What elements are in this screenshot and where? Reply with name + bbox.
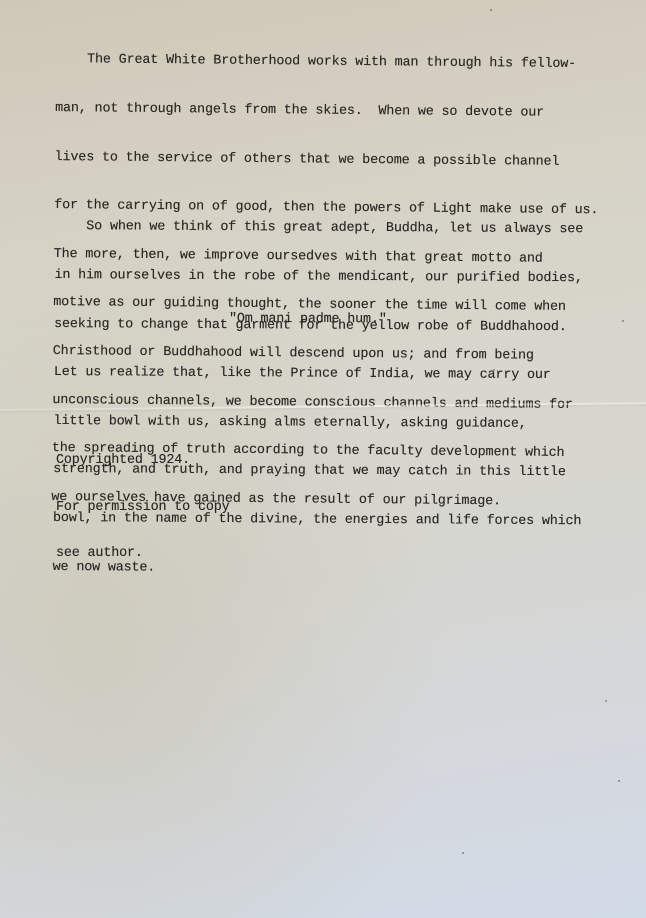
mantra-line: "Om mani padme hum.": [229, 312, 387, 329]
text-line: Let us realize that, like the Prince of …: [54, 365, 582, 384]
text-line: Copyrighted 1924.: [56, 453, 230, 469]
text-line: lives to the service of others that we b…: [55, 150, 599, 171]
paper-speck: [618, 780, 620, 782]
paper-speck: [622, 320, 624, 322]
text-line: So when we think of this great adept, Bu…: [55, 219, 583, 238]
paper-speck: [462, 852, 464, 854]
text-line: man, not through angels from the skies. …: [55, 101, 599, 122]
text-line: For permission to copy: [56, 500, 230, 516]
copyright-notice: Copyrighted 1924. For permission to copy…: [56, 422, 230, 593]
text-line: in him ourselves in the robe of the mend…: [54, 268, 582, 287]
typewritten-page: The Great White Brotherhood works with m…: [0, 0, 646, 918]
paper-speck: [493, 369, 495, 371]
text-line: see author.: [56, 546, 230, 562]
paper-speck: [490, 9, 492, 11]
paper-speck: [605, 700, 607, 702]
text-line: The Great White Brotherhood works with m…: [56, 52, 600, 73]
